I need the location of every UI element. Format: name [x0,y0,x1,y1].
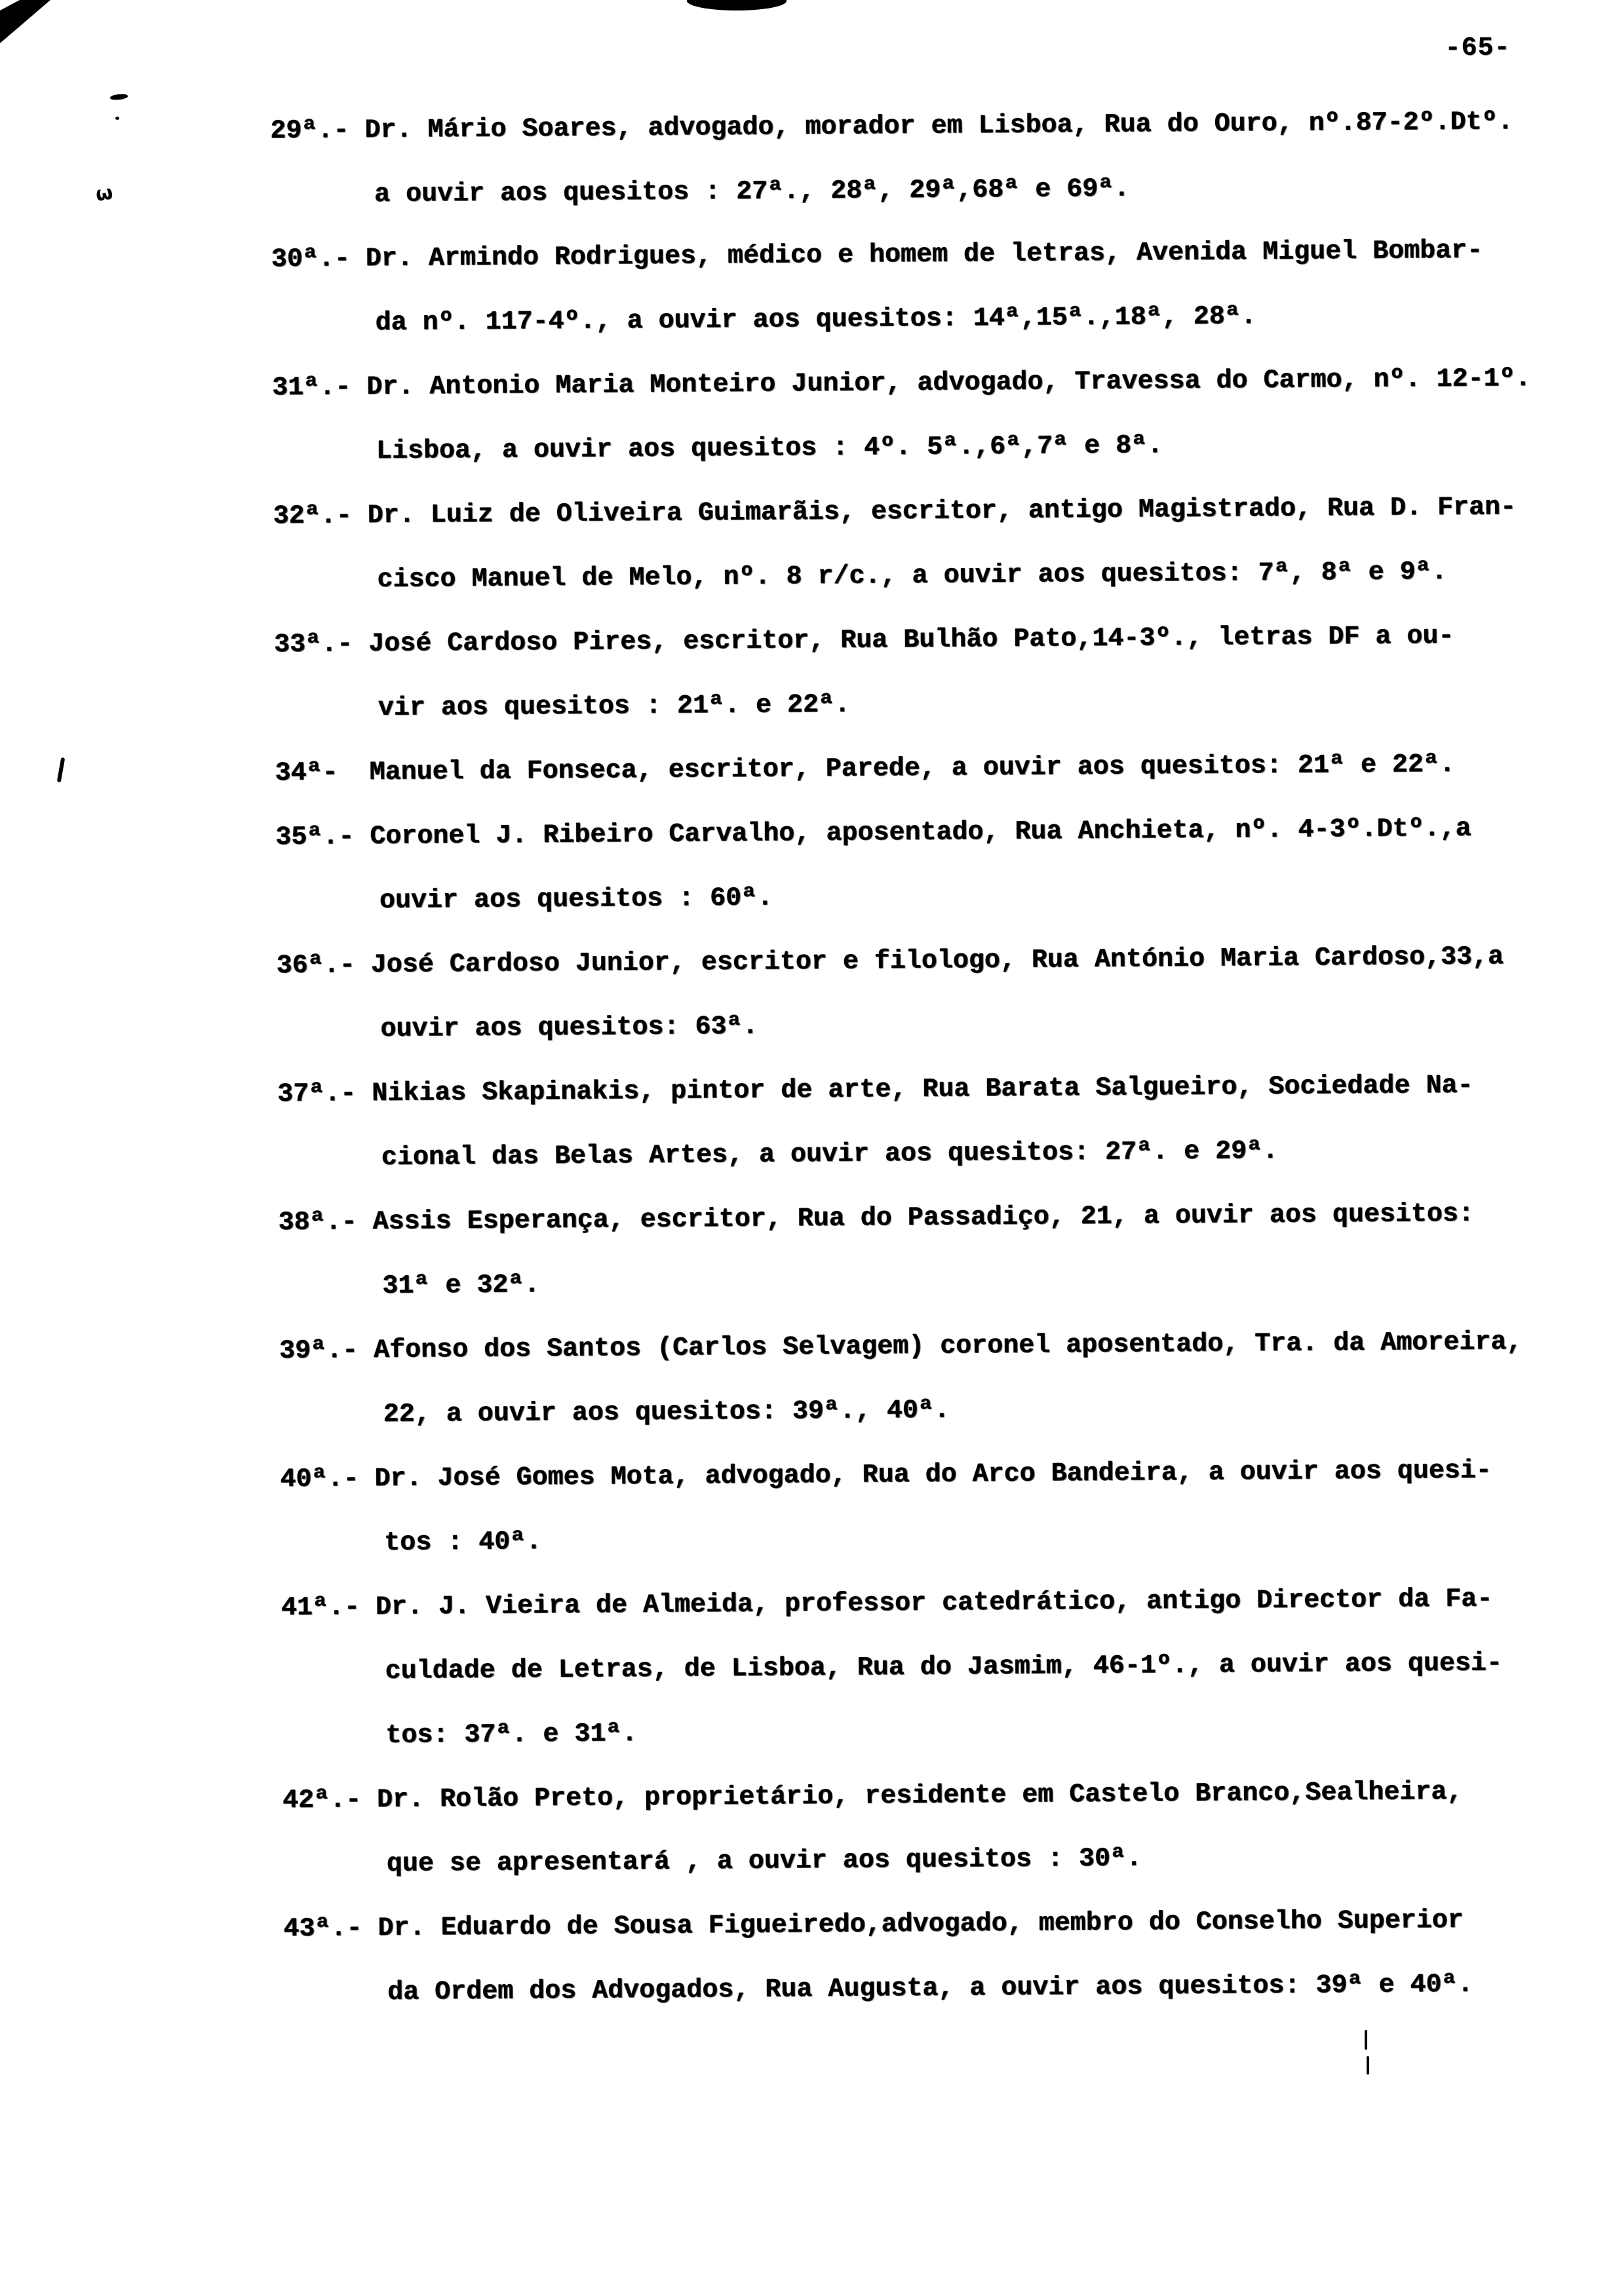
witness-item-line: 39ª.- Afonso dos Santos (Carlos Selvagem… [279,1310,1597,1384]
witness-item-continuation: vir aos quesitos : 21ª. e 22ª. [275,668,1593,742]
witness-item-line: 32ª.- Dr. Luiz de Oliveira Guimarãis, es… [273,475,1591,549]
witness-item-line: 35ª.- Coronel J. Ribeiro Carvalho, apose… [275,796,1593,870]
witness-item-line: 30ª.- Dr. Armindo Rodrigues, médico e ho… [271,218,1589,292]
witness-item-continuation: Lisboa, a ouvir aos quesitos : 4º. 5ª.,6… [273,411,1591,485]
witness-item-line: 29ª.- Dr. Mário Soares, advogado, morado… [270,90,1588,164]
witness-item-line: 31ª.- Dr. Antonio Maria Monteiro Junior,… [272,347,1590,421]
witness-item-line: 42ª.- Dr. Rolão Preto, proprietário, res… [282,1759,1601,1833]
witness-item-continuation: a ouvir aos quesitos : 27ª., 28ª, 29ª,68… [271,154,1589,228]
witness-item-continuation: 22, a ouvir aos quesitos: 39ª., 40ª. [279,1374,1597,1448]
witness-item-continuation: 31ª e 32ª. [279,1246,1597,1320]
witness-item-continuation: culdade de Letras, de Lisboa, Rua do Jas… [281,1631,1599,1705]
witness-item-continuation: ouvir aos quesitos : 60ª. [276,860,1594,934]
witness-item-continuation: que se apresentará , a ouvir aos quesito… [283,1824,1601,1898]
witness-item-line: 33ª.- José Cardoso Pires, escritor, Rua … [274,603,1592,678]
witness-list: 29ª.- Dr. Mário Soares, advogado, morado… [270,90,1601,2026]
witness-item-continuation: ouvir aos quesitos: 63ª. [277,989,1595,1063]
witness-item-line: 36ª.- José Cardoso Junior, escritor e fi… [276,925,1594,999]
witness-item-continuation: da Ordem dos Advogados, Rua Augusta, a o… [284,1952,1602,2026]
witness-item-continuation: tos : 40ª. [281,1502,1599,1577]
page-number: -65- [1445,33,1510,64]
witness-item-continuation: tos: 37ª. e 31ª. [282,1695,1600,1769]
witness-item-continuation: cisco Manuel de Melo, nº. 8 r/c., a ouvi… [273,539,1591,613]
witness-item-line: 43ª.- Dr. Eduardo de Sousa Figueiredo,ad… [283,1888,1601,1962]
witness-item-line: 38ª.- Assis Esperança, escritor, Rua do … [278,1181,1596,1255]
witness-item-line: 41ª.- Dr. J. Vieira de Almeida, professo… [281,1567,1599,1641]
witness-item-continuation: da nº. 117-4º., a ouvir aos quesitos: 14… [271,282,1589,356]
witness-item-line: 34ª- Manuel da Fonseca, escritor, Parede… [275,732,1593,806]
witness-item-line: 37ª.- Nikias Skapinakis, pintor de arte,… [277,1053,1595,1127]
typed-content: -65- 29ª.- Dr. Mário Soares, advogado, m… [0,0,1615,2296]
witness-item-continuation: cional das Belas Artes, a ouvir aos ques… [278,1117,1596,1191]
witness-item-line: 40ª.- Dr. José Gomes Mota, advogado, Rua… [280,1438,1598,1512]
